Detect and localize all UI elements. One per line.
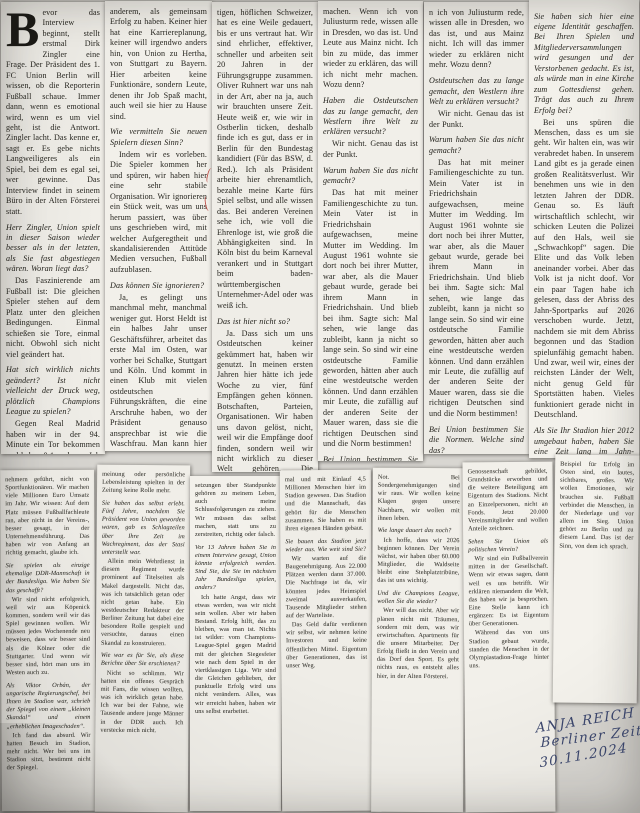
- interview-question: Als Viktor Orbán, der ungarische Regieru…: [6, 682, 90, 731]
- interview-paragraph: anderem, als gemeinsam Erfolg zu haben. …: [110, 7, 207, 122]
- interview-question: Vor 13 Jahren haben Sie in einem Intervi…: [195, 544, 276, 593]
- interview-paragraph: Wir sind nicht erfolgreich, weil wir aus…: [6, 595, 90, 677]
- article-column-9: setzungen über Standpunkte gehören zu me…: [190, 476, 281, 811]
- interview-question: Bei Union bestimmen Sie die Normen. Welc…: [429, 425, 524, 454]
- column-text: Not. Bei Sondergenehmigungen sind wir ra…: [377, 474, 460, 681]
- interview-paragraph: Ja, es gelingt uns manchmal mehr, manchm…: [110, 293, 207, 451]
- interview-question: Bei Union bestimmen Sie die Normen. Welc…: [323, 455, 418, 461]
- interview-question: Sie haben sich hier eine eigene Identitä…: [534, 12, 634, 117]
- interview-question: Ostdeutschen das zu lange gemacht, den W…: [429, 76, 524, 107]
- column-text: Sie haben sich hier eine eigene Identitä…: [534, 12, 634, 459]
- interview-question: Haben die Ostdeutschen das zu lange gema…: [323, 96, 418, 138]
- interview-paragraph: Bevor das Interview beginnt, stellt erst…: [6, 8, 100, 217]
- interview-paragraph: Not. Bei Sondergenehmigungen sind wir ra…: [378, 474, 460, 523]
- interview-paragraph: Nicht so schlimm. Wir hatten ein offenes…: [100, 669, 183, 735]
- interview-paragraph: Wir warten auf die Baugenehmigung. Aus 2…: [285, 555, 366, 621]
- interview-paragraph: Das hat mit meiner Familiengeschichte zu…: [323, 188, 418, 449]
- interview-question: Sie haben das selbst erlebt. Fünf Jahre,…: [102, 500, 185, 558]
- article-column-6: Sie haben sich hier eine eigene Identitä…: [529, 0, 639, 458]
- interview-paragraph: setzungen über Standpunkte gehören zu me…: [195, 482, 276, 539]
- article-column-1: Bevor das Interview beginnt, stellt erst…: [1, 2, 105, 454]
- interview-paragraph: Wir nicht. Genau das ist der Punkt.: [323, 139, 418, 160]
- column-text: Bevor das Interview beginnt, stellt erst…: [6, 8, 100, 454]
- interview-question: Sie bauen das Stadion jetzt wieder aus. …: [285, 537, 366, 554]
- article-column-3: tigen, höflichen Schweizer, hat es eine …: [212, 2, 318, 472]
- interview-paragraph: Das Geld dafür verdienen wir selbst, wir…: [286, 621, 367, 671]
- article-column-10: mal und mit Einlauf 4,5 Millionen Mensch…: [280, 470, 373, 812]
- column-text: setzungen über Standpunkte gehören zu me…: [195, 482, 276, 716]
- interview-paragraph: Das hat mit meiner Familiengeschichte zu…: [429, 158, 524, 419]
- interview-paragraph: Ich hatte Angst, dass wir etwas werden, …: [195, 594, 276, 716]
- interview-paragraph: Ich hoffe, dass wir 2026 beginnen können…: [377, 536, 459, 585]
- interview-paragraph: machen. Wenn ich von Juliusturm rede, wi…: [323, 7, 418, 91]
- interview-paragraph: Wer will das nicht. Aber wir planen nich…: [377, 607, 459, 681]
- interview-paragraph: Indem wir es vorleben. Die Spieler komme…: [110, 150, 207, 275]
- article-column-11: Not. Bei Sondergenehmigungen sind wir ra…: [371, 468, 465, 812]
- column-text: tigen, höflichen Schweizer, hat es eine …: [217, 8, 313, 472]
- drop-cap: B: [6, 8, 42, 50]
- interview-paragraph: meinung oder persönliche Lebensleistung …: [102, 471, 185, 496]
- column-text: Genossenschaft gebildet, Grundstücke erw…: [468, 468, 550, 671]
- interview-question: Und die Champions League, wollen Sie die…: [377, 590, 459, 607]
- interview-question: Als Sie Ihr Stadion hier 2012 umgebaut h…: [534, 426, 634, 458]
- interview-paragraph: mal und mit Einlauf 4,5 Millionen Mensch…: [285, 476, 366, 534]
- interview-paragraph: Wir sind ein Fußballverein mitten in der…: [468, 555, 549, 629]
- interview-question: Das ist hier nicht so?: [217, 317, 313, 327]
- column-text: machen. Wenn ich von Juliusturm rede, wi…: [323, 7, 418, 461]
- article-column-4: machen. Wenn ich von Juliusturm rede, wi…: [318, 1, 423, 461]
- article-column-5: n ich von Juliusturm rede, wissen alle i…: [424, 2, 529, 454]
- article-column-13: Beispiel für Erfolg im Osten sind, ein l…: [553, 455, 640, 704]
- interview-paragraph: Genossenschaft gebildet, Grundstücke erw…: [468, 468, 549, 534]
- interview-paragraph: Ich fand das absurd. Wir hatten Besuch i…: [6, 731, 90, 772]
- interview-paragraph: Ja. Dass sich um uns Ostdeutschen keiner…: [217, 329, 313, 472]
- interview-paragraph: nehmern geführt, nicht von Sportfunktion…: [5, 476, 89, 558]
- interview-question: Warum haben Sie das nicht gemacht?: [323, 166, 418, 187]
- scanned-newspaper-collage: Bevor das Interview beginnt, stellt erst…: [0, 0, 640, 813]
- interview-question: Sehen Sie Union als politischen Verein?: [468, 537, 548, 554]
- interview-paragraph: Allein mein Wehrdienst in diesem Regimen…: [101, 558, 185, 648]
- interview-question: Warum haben Sie das nicht gemacht?: [429, 135, 524, 156]
- interview-paragraph: Während das von uns Stadion gebaut wurde…: [469, 629, 549, 670]
- interview-question: Wie lange dauert das noch?: [378, 527, 460, 536]
- interview-question: Hat sich wirklich nichts geändert? Ist n…: [6, 365, 100, 417]
- article-column-7: nehmern geführt, nicht von Sportfunktion…: [0, 470, 96, 811]
- column-text: Beispiel für Erfolg im Osten sind, ein l…: [559, 461, 634, 551]
- interview-paragraph: Wir nicht. Genau das ist der Punkt.: [429, 109, 524, 130]
- column-text: meinung oder persönliche Lebensleistung …: [100, 471, 185, 735]
- article-column-8: meinung oder persönliche Lebensleistung …: [95, 465, 190, 813]
- interview-paragraph: Gegen Real Madrid haben wir in der 94. M…: [6, 419, 100, 454]
- interview-paragraph: Bei uns spüren die Menschen, dass es um …: [534, 118, 634, 421]
- interview-question: Sie spielen als einzige ehemalige DDR-Ma…: [6, 562, 90, 595]
- column-text: mal und mit Einlauf 4,5 Millionen Mensch…: [285, 476, 367, 671]
- interview-paragraph: Beispiel für Erfolg im Osten sind, ein l…: [559, 461, 634, 551]
- interview-paragraph: n ich von Juliusturm rede, wissen alle i…: [429, 8, 524, 71]
- column-text: nehmern geführt, nicht von Sportfunktion…: [5, 476, 91, 773]
- interview-question: Wie vermitteln Sie neuen Spielern diesen…: [110, 127, 207, 148]
- interview-question: Wie war es für Sie, als diese Berichte ü…: [101, 652, 184, 669]
- interview-paragraph: tigen, höflichen Schweizer, hat es eine …: [217, 8, 313, 311]
- column-text: anderem, als gemeinsam Erfolg zu haben. …: [110, 7, 207, 451]
- column-text: n ich von Juliusturm rede, wissen alle i…: [429, 8, 524, 454]
- interview-question: Herr Zingler, Union spielt in dieser Sai…: [6, 223, 100, 275]
- interview-question: Das können Sie ignorieren?: [110, 281, 207, 291]
- interview-paragraph: Das Faszinierende am Fußball ist: Die gl…: [6, 276, 100, 360]
- article-column-2: anderem, als gemeinsam Erfolg zu haben. …: [105, 1, 212, 451]
